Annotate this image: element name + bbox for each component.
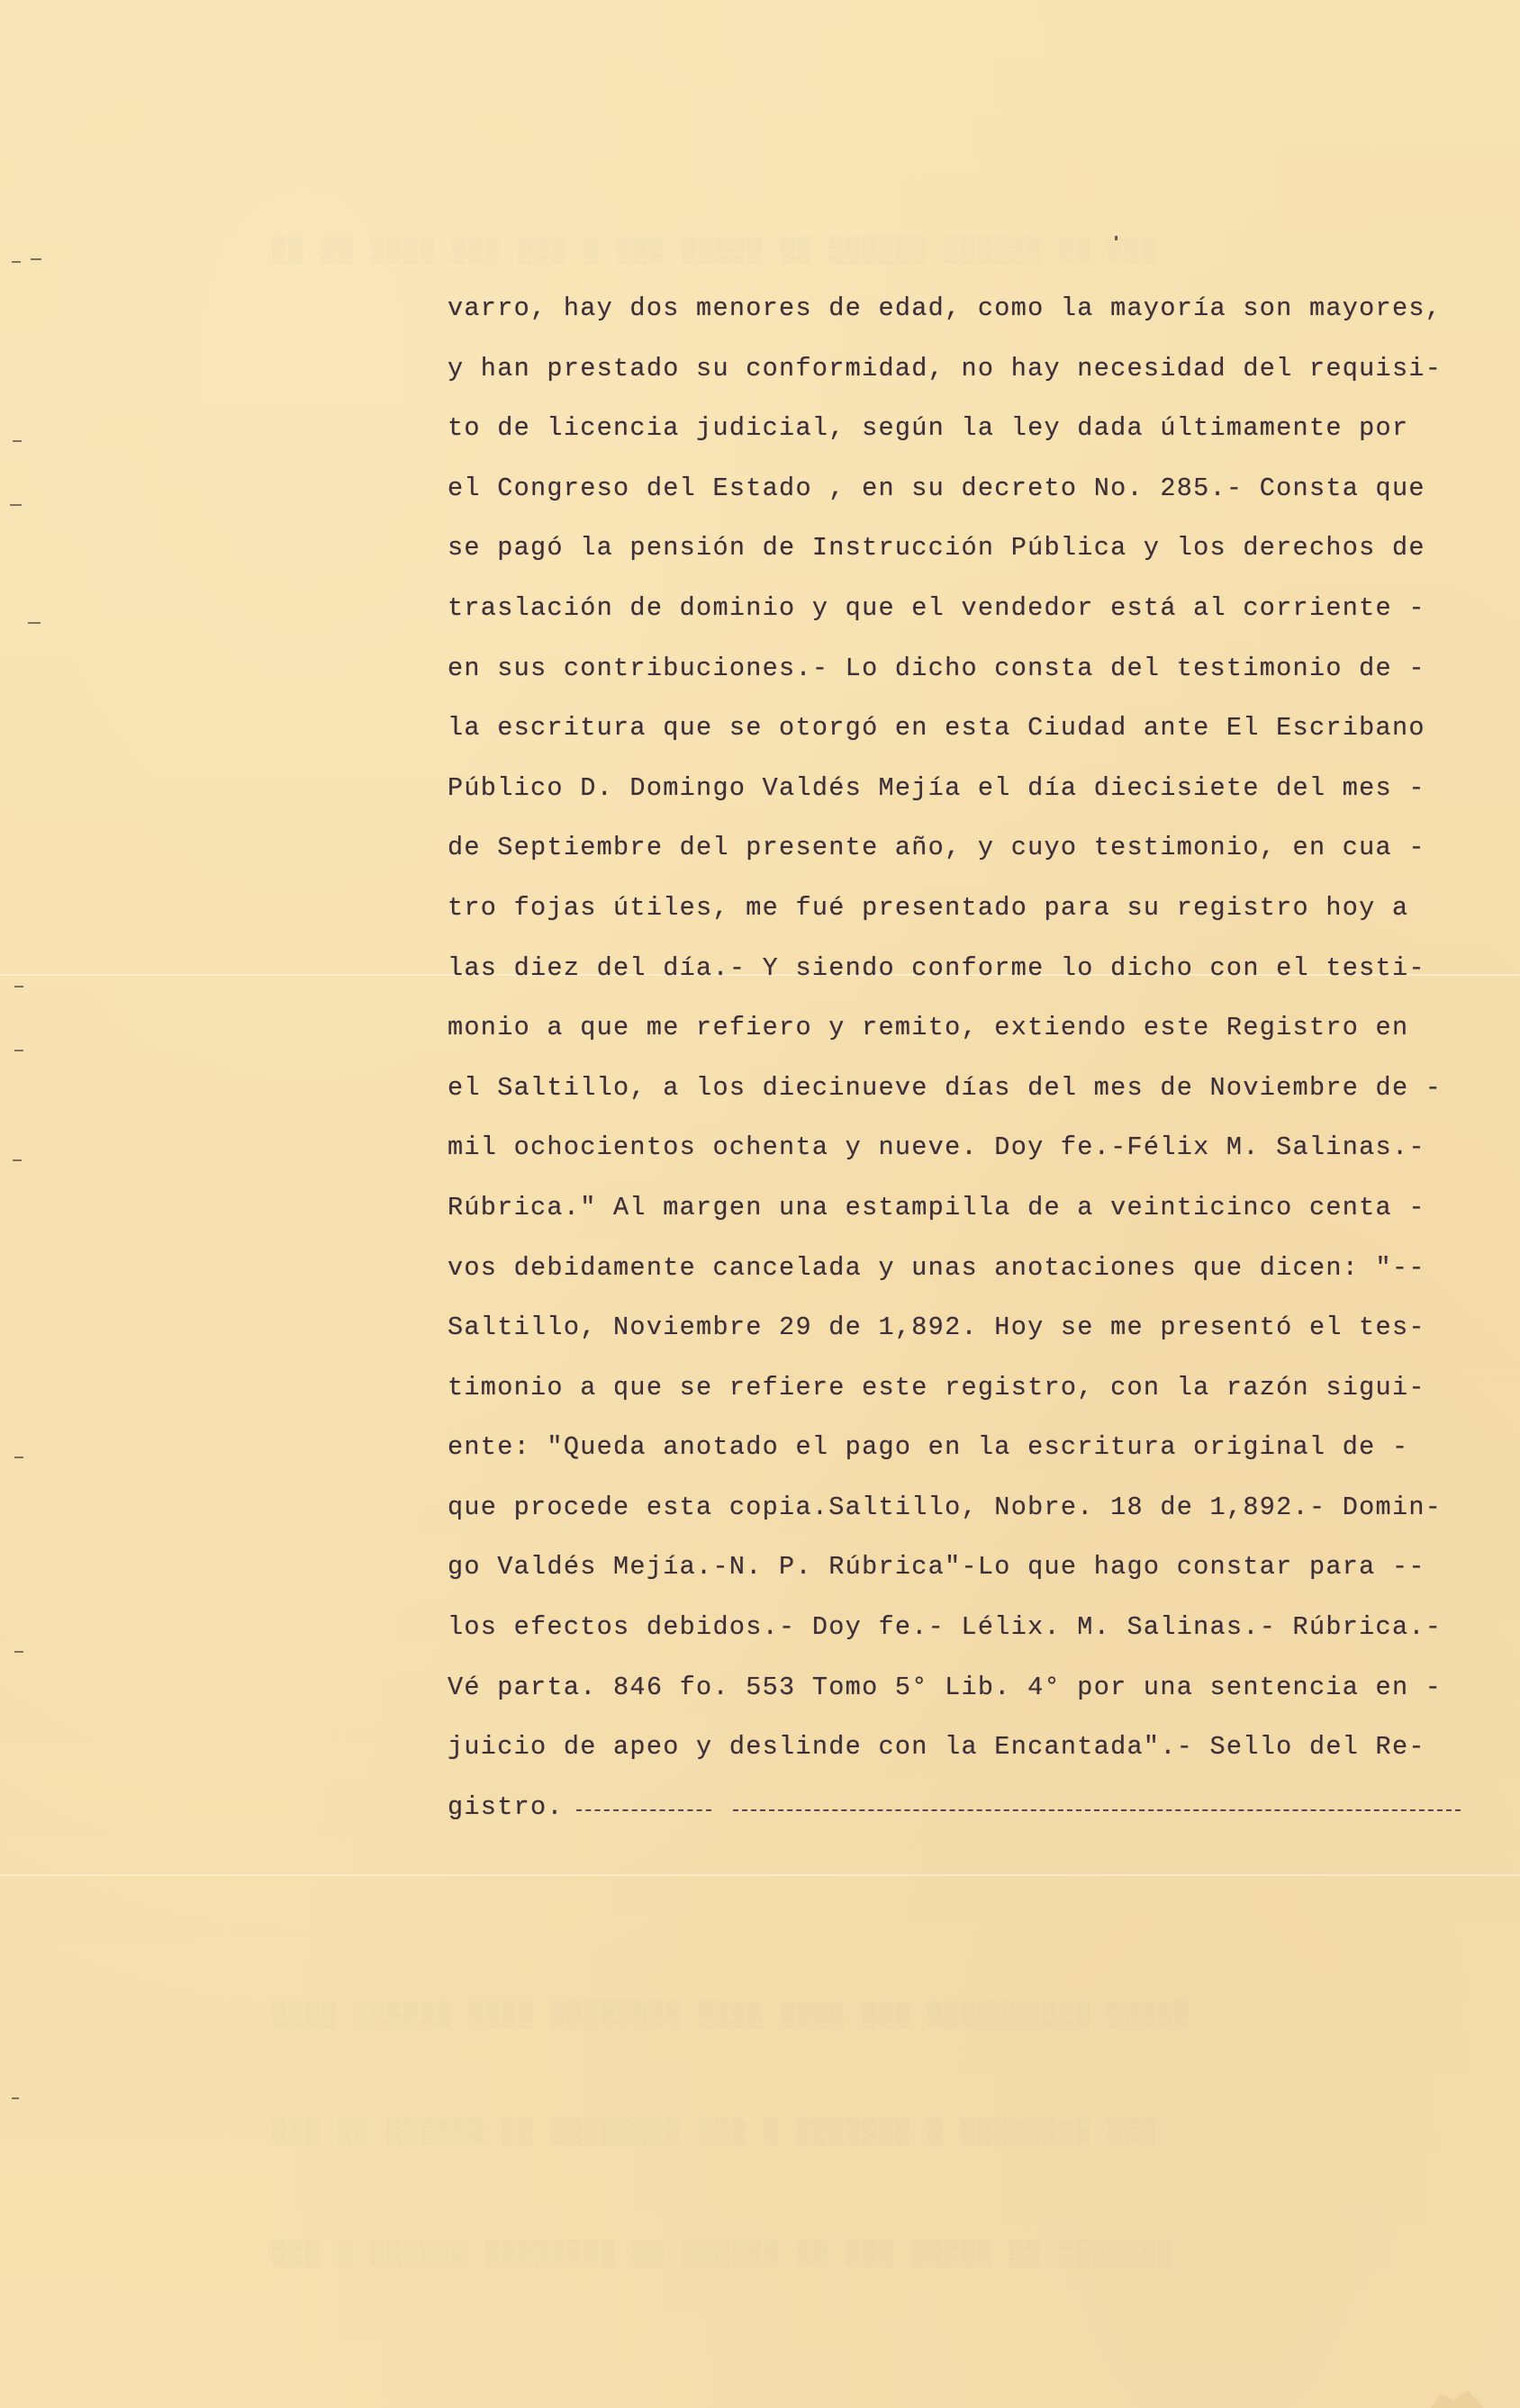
text-line: ente: "Queda anotado el pago en la escri… — [448, 1418, 1519, 1478]
text-line: y han prestado su conformidad, no hay ne… — [448, 339, 1519, 400]
bleed-through-text: ▒▒▒▒▒▒▒ ▒▒ ▒▒▒▒▒ ▒▒▒ ▒▒ ▒▒▒▒▒▒ ▒▒ ▒▒▒▒▒▒… — [270, 2241, 1172, 2268]
text-line: monio a que me refiero y remito, extiend… — [448, 998, 1519, 1059]
text-line: timonio a que se refiere este registro, … — [448, 1358, 1519, 1419]
dashed-fill-rule — [733, 1809, 1461, 1811]
dashed-fill-rule — [576, 1809, 711, 1811]
text-line: Saltillo, Noviembre 29 de 1,892. Hoy se … — [448, 1298, 1519, 1358]
margin-tick-mark — [10, 504, 22, 506]
fold-crease — [0, 1874, 1520, 1876]
text-line: las diez del día.- Y siendo conforme lo … — [448, 939, 1519, 999]
margin-tick-mark — [28, 622, 41, 624]
text-line: go Valdés Mejía.-N. P. Rúbrica"-Lo que h… — [448, 1538, 1519, 1598]
text-line: la escritura que se otorgó en esta Ciuda… — [448, 699, 1519, 759]
margin-tick-mark — [13, 1159, 22, 1161]
text-line: traslación de dominio y que el vendedor … — [448, 579, 1519, 639]
text-line: vos debidamente cancelada y unas anotaci… — [448, 1239, 1519, 1299]
ink-dot — [1115, 236, 1117, 240]
margin-tick-mark — [14, 1050, 23, 1051]
text-line: mil ochocientos ochenta y nueve. Doy fe.… — [448, 1118, 1519, 1178]
bleed-through-text: ▒▒▒▒▒ ▒▒▒▒▒▒▒▒▒▒ ▒▒▒ ▒▒▒▒ ▒▒▒▒ ▒▒▒▒▒▒▒▒ … — [270, 2003, 1188, 2030]
text-line: los efectos debidos.- Doy fe.- Lélix. M.… — [448, 1598, 1519, 1658]
bleed-through-text: ▒▒▒ ▒▒ ▒▒▒▒▒▒ ▒▒▒▒▒▒ ▒▒ ▒▒▒▒▒ ▒▒▒ ▒ ▒▒▒ … — [270, 239, 1155, 266]
text-line: el Congreso del Estado , en su decreto N… — [448, 459, 1519, 519]
margin-tick-mark — [31, 258, 41, 260]
text-line: Rúbrica." Al margen una estampilla de a … — [448, 1178, 1519, 1239]
text-line: to de licencia judicial, según la ley da… — [448, 399, 1519, 459]
text-line: el Saltillo, a los diecinueve días del m… — [448, 1059, 1519, 1119]
margin-tick-mark — [14, 1457, 23, 1458]
bleed-through-text: ▒▒▒ ▒▒▒▒▒▒▒▒ ▒ ▒▒▒▒▒▒▒ ▒ ▒▒▒ ▒▒▒▒▒▒▒▒ ▒▒… — [270, 2120, 1155, 2147]
margin-tick-mark — [12, 2097, 19, 2099]
text-line: en sus contribuciones.- Lo dicho consta … — [448, 639, 1519, 699]
text-line-final: gistro. — [448, 1778, 1519, 1838]
margin-tick-mark — [12, 261, 21, 263]
text-line: juicio de apeo y deslinde con la Encanta… — [448, 1718, 1519, 1778]
text-line: se pagó la pensión de Instrucción Públic… — [448, 519, 1519, 579]
final-word: gistro. — [448, 1792, 564, 1822]
text-line: de Septiembre del presente año, y cuyo t… — [448, 818, 1519, 879]
text-line: varro, hay dos menores de edad, como la … — [448, 279, 1519, 339]
margin-tick-mark — [14, 986, 23, 988]
document-body: varro, hay dos menores de edad, como la … — [448, 279, 1519, 1837]
text-line: Público D. Domingo Valdés Mejía el día d… — [448, 759, 1519, 819]
margin-tick-mark — [13, 440, 22, 442]
text-line: Vé parta. 846 fo. 553 Tomo 5° Lib. 4° po… — [448, 1658, 1519, 1718]
margin-tick-mark — [14, 1651, 23, 1653]
text-line: que procede esta copia.Saltillo, Nobre. … — [448, 1478, 1519, 1538]
text-line: tro fojas útiles, me fué presentado para… — [448, 879, 1519, 939]
